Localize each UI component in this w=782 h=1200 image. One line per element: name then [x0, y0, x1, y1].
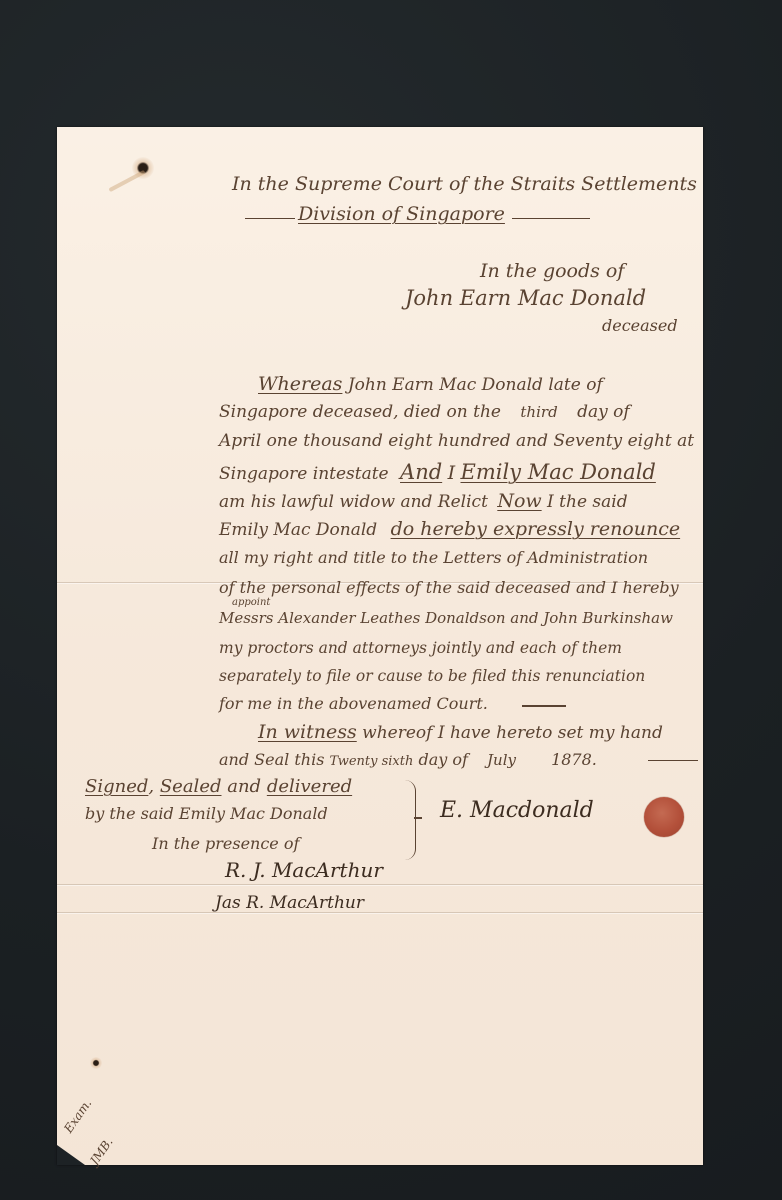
- body-line-3: April one thousand eight hundred and Sev…: [219, 433, 694, 450]
- whereas-lead: Whereas: [258, 373, 342, 395]
- in-witness-lead: In witness: [258, 721, 357, 743]
- emphasis-and: And: [400, 460, 442, 484]
- body-text: and: [227, 776, 261, 797]
- line-end-rule: [648, 760, 698, 761]
- paper-fold-line: [57, 884, 703, 885]
- signatory-signature: E. Macdonald: [440, 800, 594, 822]
- year: 1878.: [551, 750, 597, 769]
- paper-fold-line: [57, 912, 703, 913]
- body-line-10: my proctors and attorneys jointly and ea…: [219, 641, 622, 657]
- body-text: John Earn Mac Donald late of: [348, 375, 603, 395]
- body-text: I: [448, 462, 456, 484]
- attestation-brace-tip: [414, 817, 422, 819]
- attestation-line-3: In the presence of: [152, 836, 299, 852]
- witness-line-2: and Seal this Twenty sixth day of July 1…: [219, 752, 597, 768]
- attestation-line-2: by the said Emily Mac Donald: [85, 806, 328, 822]
- body-line-12: for me in the abovenamed Court.: [219, 696, 488, 712]
- estate-intro: In the goods of: [480, 262, 624, 281]
- inserted-appoint: appoint: [232, 598, 270, 608]
- attestation-brace: [405, 780, 416, 860]
- emphasis-now: Now: [497, 490, 541, 512]
- body-line-2: Singapore deceased, died on the third da…: [219, 404, 630, 421]
- stain-streak: [108, 170, 145, 192]
- body-text: Singapore intestate: [219, 464, 389, 484]
- emphasis-renounce: do hereby expressly renounce: [391, 518, 681, 540]
- body-line-7: all my right and title to the Letters of…: [219, 550, 648, 566]
- sealed-word: Sealed: [160, 776, 222, 797]
- inserted-day: third: [520, 403, 557, 421]
- deceased-status: deceased: [602, 318, 678, 334]
- inserted-month: July: [487, 751, 516, 769]
- body-line-9: Messrs Alexander Leathes Donaldson and J…: [219, 611, 673, 626]
- deceased-name: John Earn Mac Donald: [405, 288, 646, 309]
- heading-rule-left: [245, 218, 295, 219]
- body-line-8: of the personal effects of the said dece…: [219, 580, 679, 596]
- body-text: and Seal this: [219, 750, 324, 769]
- body-text: day of: [577, 402, 630, 422]
- ink-spot: [90, 1057, 102, 1069]
- inserted-day-text: Twenty sixth: [330, 754, 414, 769]
- body-line-4: Singapore intestate And I Emily Mac Dona…: [219, 462, 656, 483]
- body-text: Emily Mac Donald: [219, 520, 377, 540]
- body-text: day of: [418, 750, 467, 769]
- body-line-6: Emily Mac Donald do hereby expressly ren…: [219, 520, 680, 539]
- attestation-line-1: Signed, Sealed and delivered: [85, 778, 352, 796]
- court-heading: In the Supreme Court of the Straits Sett…: [232, 175, 697, 194]
- signed-word: Signed: [85, 776, 148, 797]
- wax-seal: [644, 797, 684, 837]
- body-line-1: Whereas John Earn Mac Donald late of: [258, 375, 603, 394]
- body-text: I the said: [547, 492, 628, 512]
- body-text: whereof I have hereto set my hand: [362, 723, 663, 743]
- witness-line-1: In witness whereof I have hereto set my …: [258, 723, 663, 742]
- division-heading: Division of Singapore: [298, 205, 505, 224]
- body-text: Singapore deceased, died on the: [219, 402, 501, 422]
- line-end-rule: [522, 705, 566, 707]
- paper-corner: [57, 1145, 85, 1165]
- body-text: am his lawful widow and Relict: [219, 492, 488, 512]
- emphasis-name: Emily Mac Donald: [461, 460, 656, 484]
- body-line-5: am his lawful widow and Relict Now I the…: [219, 492, 628, 511]
- body-line-11: separately to file or cause to be filed …: [219, 669, 645, 685]
- witness-signature-2: Jas R. MacArthur: [215, 895, 364, 912]
- delivered-word: delivered: [267, 776, 352, 797]
- witness-signature-1: R. J. MacArthur: [225, 860, 383, 880]
- heading-rule-right: [512, 218, 590, 219]
